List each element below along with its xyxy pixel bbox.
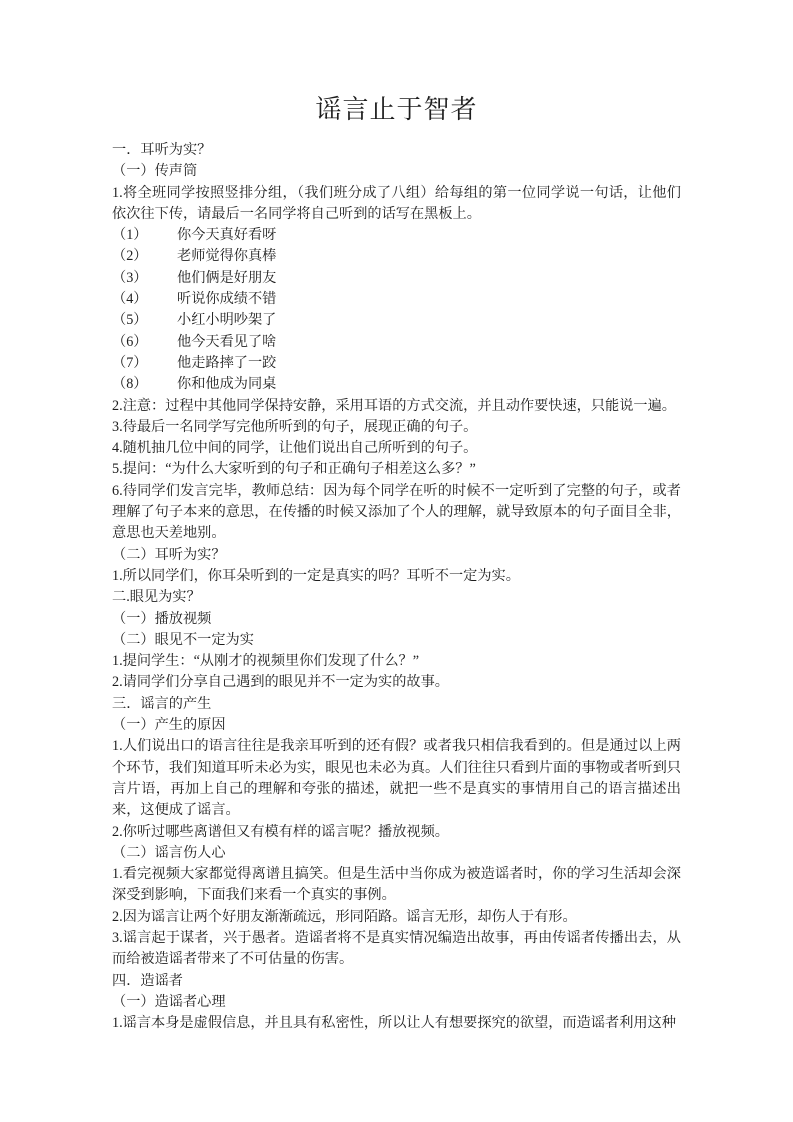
list-marker: （4）	[112, 289, 177, 310]
list-marker: （1）	[112, 225, 177, 246]
paragraph: 2.你听过哪些离谱但又有模有样的谣言呢？播放视频。	[112, 822, 681, 843]
list-marker: （7）	[112, 353, 177, 374]
document-body: 一．耳听为实？（一）传声筒1.将全班同学按照竖排分组，（我们班分成了八组）给每组…	[112, 140, 681, 1034]
paragraph: 1.所以同学们，你耳朵听到的一定是真实的吗？耳听不一定为实。	[112, 566, 681, 587]
list-marker: （6）	[112, 332, 177, 353]
paragraph: 3.待最后一名同学写完他所听到的句子，展现正确的句子。	[112, 417, 681, 438]
list-item: （7）他走路摔了一跤	[112, 353, 681, 374]
sub-heading: （一）造谣者心理	[112, 992, 681, 1013]
document-page: 谣言止于智者 一．耳听为实？（一）传声筒1.将全班同学按照竖排分组，（我们班分成…	[0, 0, 793, 1122]
list-text: 他走路摔了一跤	[177, 355, 276, 371]
paragraph: 4.随机抽几位中间的同学，让他们说出自己所听到的句子。	[112, 438, 681, 459]
list-text: 你今天真好看呀	[177, 227, 276, 243]
sub-heading: （二）谣言伤人心	[112, 843, 681, 864]
list-item: （4）听说你成绩不错	[112, 289, 681, 310]
list-item: （6）他今天看见了啥	[112, 332, 681, 353]
list-marker: （3）	[112, 268, 177, 289]
sub-heading: （一）播放视频	[112, 609, 681, 630]
list-marker: （8）	[112, 374, 177, 395]
section-heading: 二.眼见为实？	[112, 587, 681, 608]
section-heading: 四．造谣者	[112, 971, 681, 992]
sub-heading: （二）耳听为实？	[112, 545, 681, 566]
paragraph: 5.提问：“为什么大家听到的句子和正确句子相差这么多？”	[112, 459, 681, 480]
paragraph: 1.人们说出口的语言往往是我亲耳听到的还有假？或者我只相信我看到的。但是通过以上…	[112, 736, 681, 821]
sub-heading: （一）传声筒	[112, 161, 681, 182]
list-text: 小红小明吵架了	[177, 312, 276, 328]
paragraph: 1.谣言本身是虚假信息，并且具有私密性，所以让人有想要探究的欲望，而造谣者利用这…	[112, 1013, 681, 1034]
section-heading: 一．耳听为实？	[112, 140, 681, 161]
list-item: （5）小红小明吵架了	[112, 310, 681, 331]
list-item: （3）他们俩是好朋友	[112, 268, 681, 289]
list-text: 听说你成绩不错	[177, 291, 276, 307]
sub-heading: （一）产生的原因	[112, 715, 681, 736]
paragraph: 1.提问学生：“从刚才的视频里你们发现了什么？”	[112, 651, 681, 672]
list-marker: （5）	[112, 310, 177, 331]
document-title: 谣言止于智者	[112, 92, 681, 127]
list-text: 你和他成为同桌	[177, 376, 276, 392]
paragraph: 3.谣言起于谋者，兴于愚者。造谣者将不是真实情况编造出故事，再由传谣者传播出去，…	[112, 928, 681, 971]
list-item: （1）你今天真好看呀	[112, 225, 681, 246]
sub-heading: （二）眼见不一定为实	[112, 630, 681, 651]
list-text: 他们俩是好朋友	[177, 270, 276, 286]
paragraph: 6.待同学们发言完毕，教师总结：因为每个同学在听的时候不一定听到了完整的句子，或…	[112, 481, 681, 545]
list-marker: （2）	[112, 246, 177, 267]
list-text: 老师觉得你真棒	[177, 248, 276, 264]
paragraph: 1.将全班同学按照竖排分组，（我们班分成了八组）给每组的第一位同学说一句话，让他…	[112, 183, 681, 226]
paragraph: 2.因为谣言让两个好朋友渐渐疏远，形同陌路。谣言无形，却伤人于有形。	[112, 907, 681, 928]
section-heading: 三．谣言的产生	[112, 694, 681, 715]
list-item: （8）你和他成为同桌	[112, 374, 681, 395]
list-text: 他今天看见了啥	[177, 334, 276, 350]
paragraph: 2.注意：过程中其他同学保持安静，采用耳语的方式交流，并且动作要快速，只能说一遍…	[112, 396, 681, 417]
list-item: （2）老师觉得你真棒	[112, 246, 681, 267]
paragraph: 2.请同学们分享自己遇到的眼见并不一定为实的故事。	[112, 672, 681, 693]
paragraph: 1.看完视频大家都觉得离谱且搞笑。但是生活中当你成为被造谣者时，你的学习生活却会…	[112, 864, 681, 907]
